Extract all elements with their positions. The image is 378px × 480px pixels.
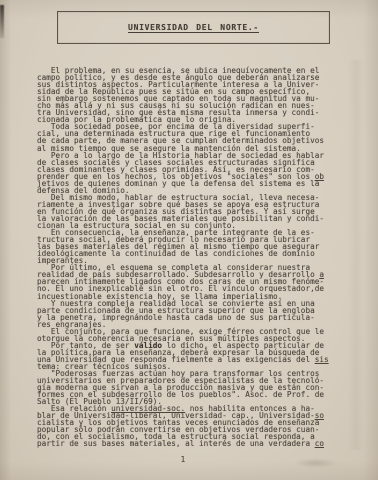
title-box: UNIVERSIDAD DEL NORTE.- xyxy=(57,11,330,44)
text-segment: sis xyxy=(315,355,329,364)
scan-edge-artifact xyxy=(0,5,4,38)
text-line: partir de sus bases materiales, al inter… xyxy=(37,440,337,447)
smudge-artifact xyxy=(294,458,338,468)
scan-streak-artifact xyxy=(348,60,364,450)
document-page: UNIVERSIDAD DEL NORTE.- El problema, en … xyxy=(0,0,378,480)
text-segment: partir de sus bases materiales, al inter… xyxy=(37,439,315,448)
page-number: 1 xyxy=(37,455,329,464)
text-segment: co xyxy=(315,439,324,448)
body-text: El problema, en su esencia, se ubica ine… xyxy=(37,67,337,448)
document-title: UNIVERSIDAD DEL NORTE.- xyxy=(128,23,259,32)
